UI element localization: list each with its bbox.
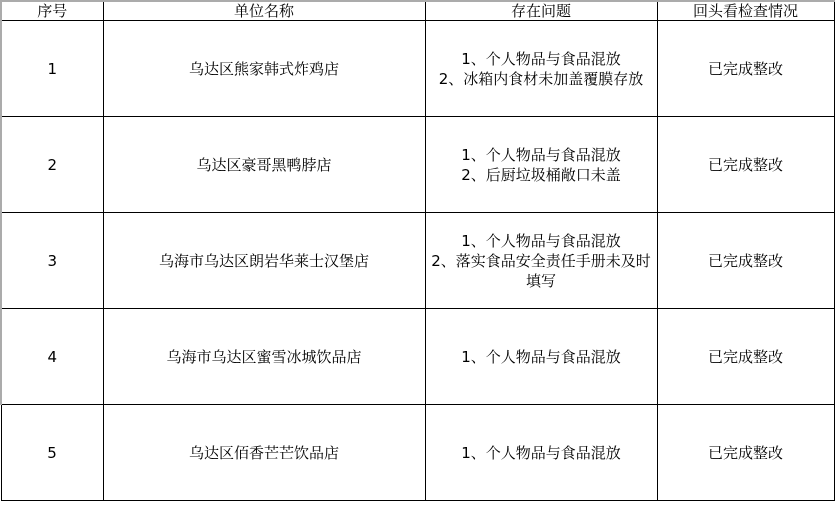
- problem-line: 1、个人物品与食品混放: [428, 231, 655, 251]
- cell-existing-problems: 1、个人物品与食品混放: [425, 309, 657, 405]
- header-existing-problems: 存在问题: [425, 1, 657, 21]
- cell-recheck-status: 已完成整改: [657, 309, 834, 405]
- cell-recheck-status: 已完成整改: [657, 213, 834, 309]
- table-row: 4 乌海市乌达区蜜雪冰城饮品店 1、个人物品与食品混放 已完成整改: [1, 309, 834, 405]
- header-unit-name: 单位名称: [103, 1, 425, 21]
- problem-line: 1、个人物品与食品混放: [428, 347, 655, 367]
- cell-unit-name: 乌海市乌达区蜜雪冰城饮品店: [103, 309, 425, 405]
- problem-line: 2、落实食品安全责任手册未及时填写: [428, 251, 655, 291]
- cell-recheck-status: 已完成整改: [657, 21, 834, 117]
- inspection-report-page: 序号 单位名称 存在问题 回头看检查情况 1 乌达区熊家韩式炸鸡店 1、个人物品…: [0, 0, 839, 505]
- cell-serial-number: 3: [1, 213, 103, 309]
- cell-existing-problems: 1、个人物品与食品混放 2、冰箱内食材未加盖覆膜存放: [425, 21, 657, 117]
- problem-line: 2、后厨垃圾桶敞口未盖: [428, 165, 655, 185]
- cell-serial-number: 1: [1, 21, 103, 117]
- cell-recheck-status: 已完成整改: [657, 117, 834, 213]
- problem-line: 2、冰箱内食材未加盖覆膜存放: [428, 69, 655, 89]
- cell-serial-number: 5: [1, 405, 103, 501]
- header-serial-number: 序号: [1, 1, 103, 21]
- table-row: 3 乌海市乌达区朗岩华莱士汉堡店 1、个人物品与食品混放 2、落实食品安全责任手…: [1, 213, 834, 309]
- cell-existing-problems: 1、个人物品与食品混放 2、落实食品安全责任手册未及时填写: [425, 213, 657, 309]
- cell-serial-number: 4: [1, 309, 103, 405]
- table-row: 5 乌达区佰香芒芒饮品店 1、个人物品与食品混放 已完成整改: [1, 405, 834, 501]
- table-row: 2 乌达区豪哥黑鸭脖店 1、个人物品与食品混放 2、后厨垃圾桶敞口未盖 已完成整…: [1, 117, 834, 213]
- inspection-table: 序号 单位名称 存在问题 回头看检查情况 1 乌达区熊家韩式炸鸡店 1、个人物品…: [0, 0, 835, 501]
- cell-existing-problems: 1、个人物品与食品混放 2、后厨垃圾桶敞口未盖: [425, 117, 657, 213]
- cell-existing-problems: 1、个人物品与食品混放: [425, 405, 657, 501]
- cell-recheck-status: 已完成整改: [657, 405, 834, 501]
- cell-unit-name: 乌达区豪哥黑鸭脖店: [103, 117, 425, 213]
- problem-line: 1、个人物品与食品混放: [428, 145, 655, 165]
- header-recheck-status: 回头看检查情况: [657, 1, 834, 21]
- problem-line: 1、个人物品与食品混放: [428, 443, 655, 463]
- cell-unit-name: 乌达区佰香芒芒饮品店: [103, 405, 425, 501]
- cell-serial-number: 2: [1, 117, 103, 213]
- cell-unit-name: 乌海市乌达区朗岩华莱士汉堡店: [103, 213, 425, 309]
- cell-unit-name: 乌达区熊家韩式炸鸡店: [103, 21, 425, 117]
- header-row: 序号 单位名称 存在问题 回头看检查情况: [1, 1, 834, 21]
- problem-line: 1、个人物品与食品混放: [428, 49, 655, 69]
- table-row: 1 乌达区熊家韩式炸鸡店 1、个人物品与食品混放 2、冰箱内食材未加盖覆膜存放 …: [1, 21, 834, 117]
